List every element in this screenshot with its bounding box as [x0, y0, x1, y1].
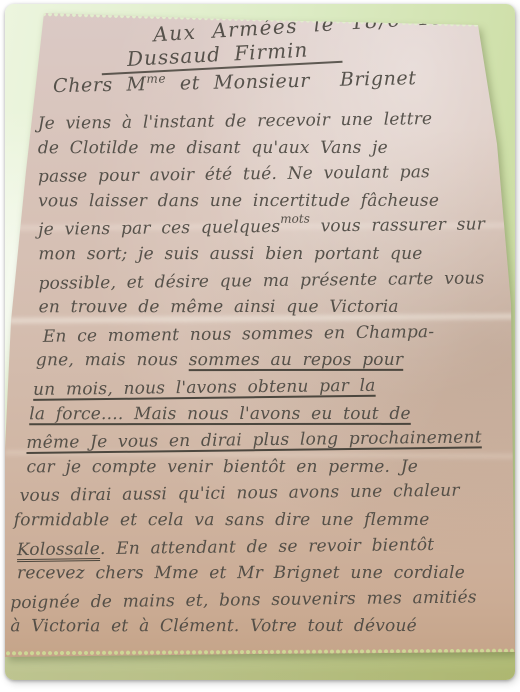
salutation-text: Chers M	[53, 73, 147, 97]
letter-line: un mois, nous l'avons obtenu par la	[33, 371, 509, 403]
letter-line: en trouve de même ainsi que Victoria	[39, 294, 509, 321]
letter-body: Je viens à l'instant de recevoir une let…	[38, 107, 511, 641]
letter-line: de Clotilde me disant qu'aux Vans je	[38, 134, 508, 161]
letter-line: à Victoria et à Clément. Votre tout dévo…	[10, 613, 510, 640]
letter-line: gne, mais nous sommes au repos pour	[36, 347, 509, 374]
letter-line: poignée de mains et, bons souvenirs mes …	[10, 584, 510, 617]
letter-line: En ce moment nous sommes en Champa-	[43, 318, 509, 350]
letter-line: vous dirai aussi qu'ici nous avons une c…	[19, 477, 509, 510]
salutation-superscript: me	[146, 71, 166, 85]
letter-line: même Je vous en dirai plus long prochain…	[26, 424, 509, 456]
salutation-text: et Monsieur	[166, 70, 310, 95]
letter-line: vous laisser dans une incertitude fâcheu…	[38, 188, 508, 215]
perforated-edge-left	[5, 16, 23, 451]
letter-line: la force.... Mais nous l'avons eu tout d…	[29, 400, 509, 427]
letter-line: Je viens à l'instant de recevoir une let…	[38, 105, 508, 137]
salutation-addressee: Brignet	[340, 68, 417, 92]
letter-paper: Aux Armées le 18/6 1917 Dussaud Firmin C…	[5, 4, 515, 680]
letter-line: recevez chers Mme et Mr Brignet une cord…	[17, 560, 510, 587]
page-background: Aux Armées le 18/6 1917 Dussaud Firmin C…	[0, 0, 520, 692]
letter-line: passe pour avoir été tué. Ne voulant pas	[38, 158, 508, 190]
letter-line: formidable et cela va sans dire une flem…	[14, 507, 510, 534]
letter-paper-wrap: Aux Armées le 18/6 1917 Dussaud Firmin C…	[5, 4, 515, 680]
perforated-edge-bottom	[5, 648, 515, 657]
letter-line: mon sort; je suis aussi bien portant que	[38, 241, 508, 268]
letter-line: car je compte venir bientôt en perme. Je	[26, 454, 509, 481]
letter-photo: Aux Armées le 18/6 1917 Dussaud Firmin C…	[5, 4, 515, 680]
letter-line: je viens par ces quelquesmots vous rassu…	[38, 212, 508, 244]
letter-line: Kolossale. En attendant de se revoir bie…	[17, 531, 510, 564]
letter-line: possible, et désire que ma présente cart…	[38, 265, 508, 297]
